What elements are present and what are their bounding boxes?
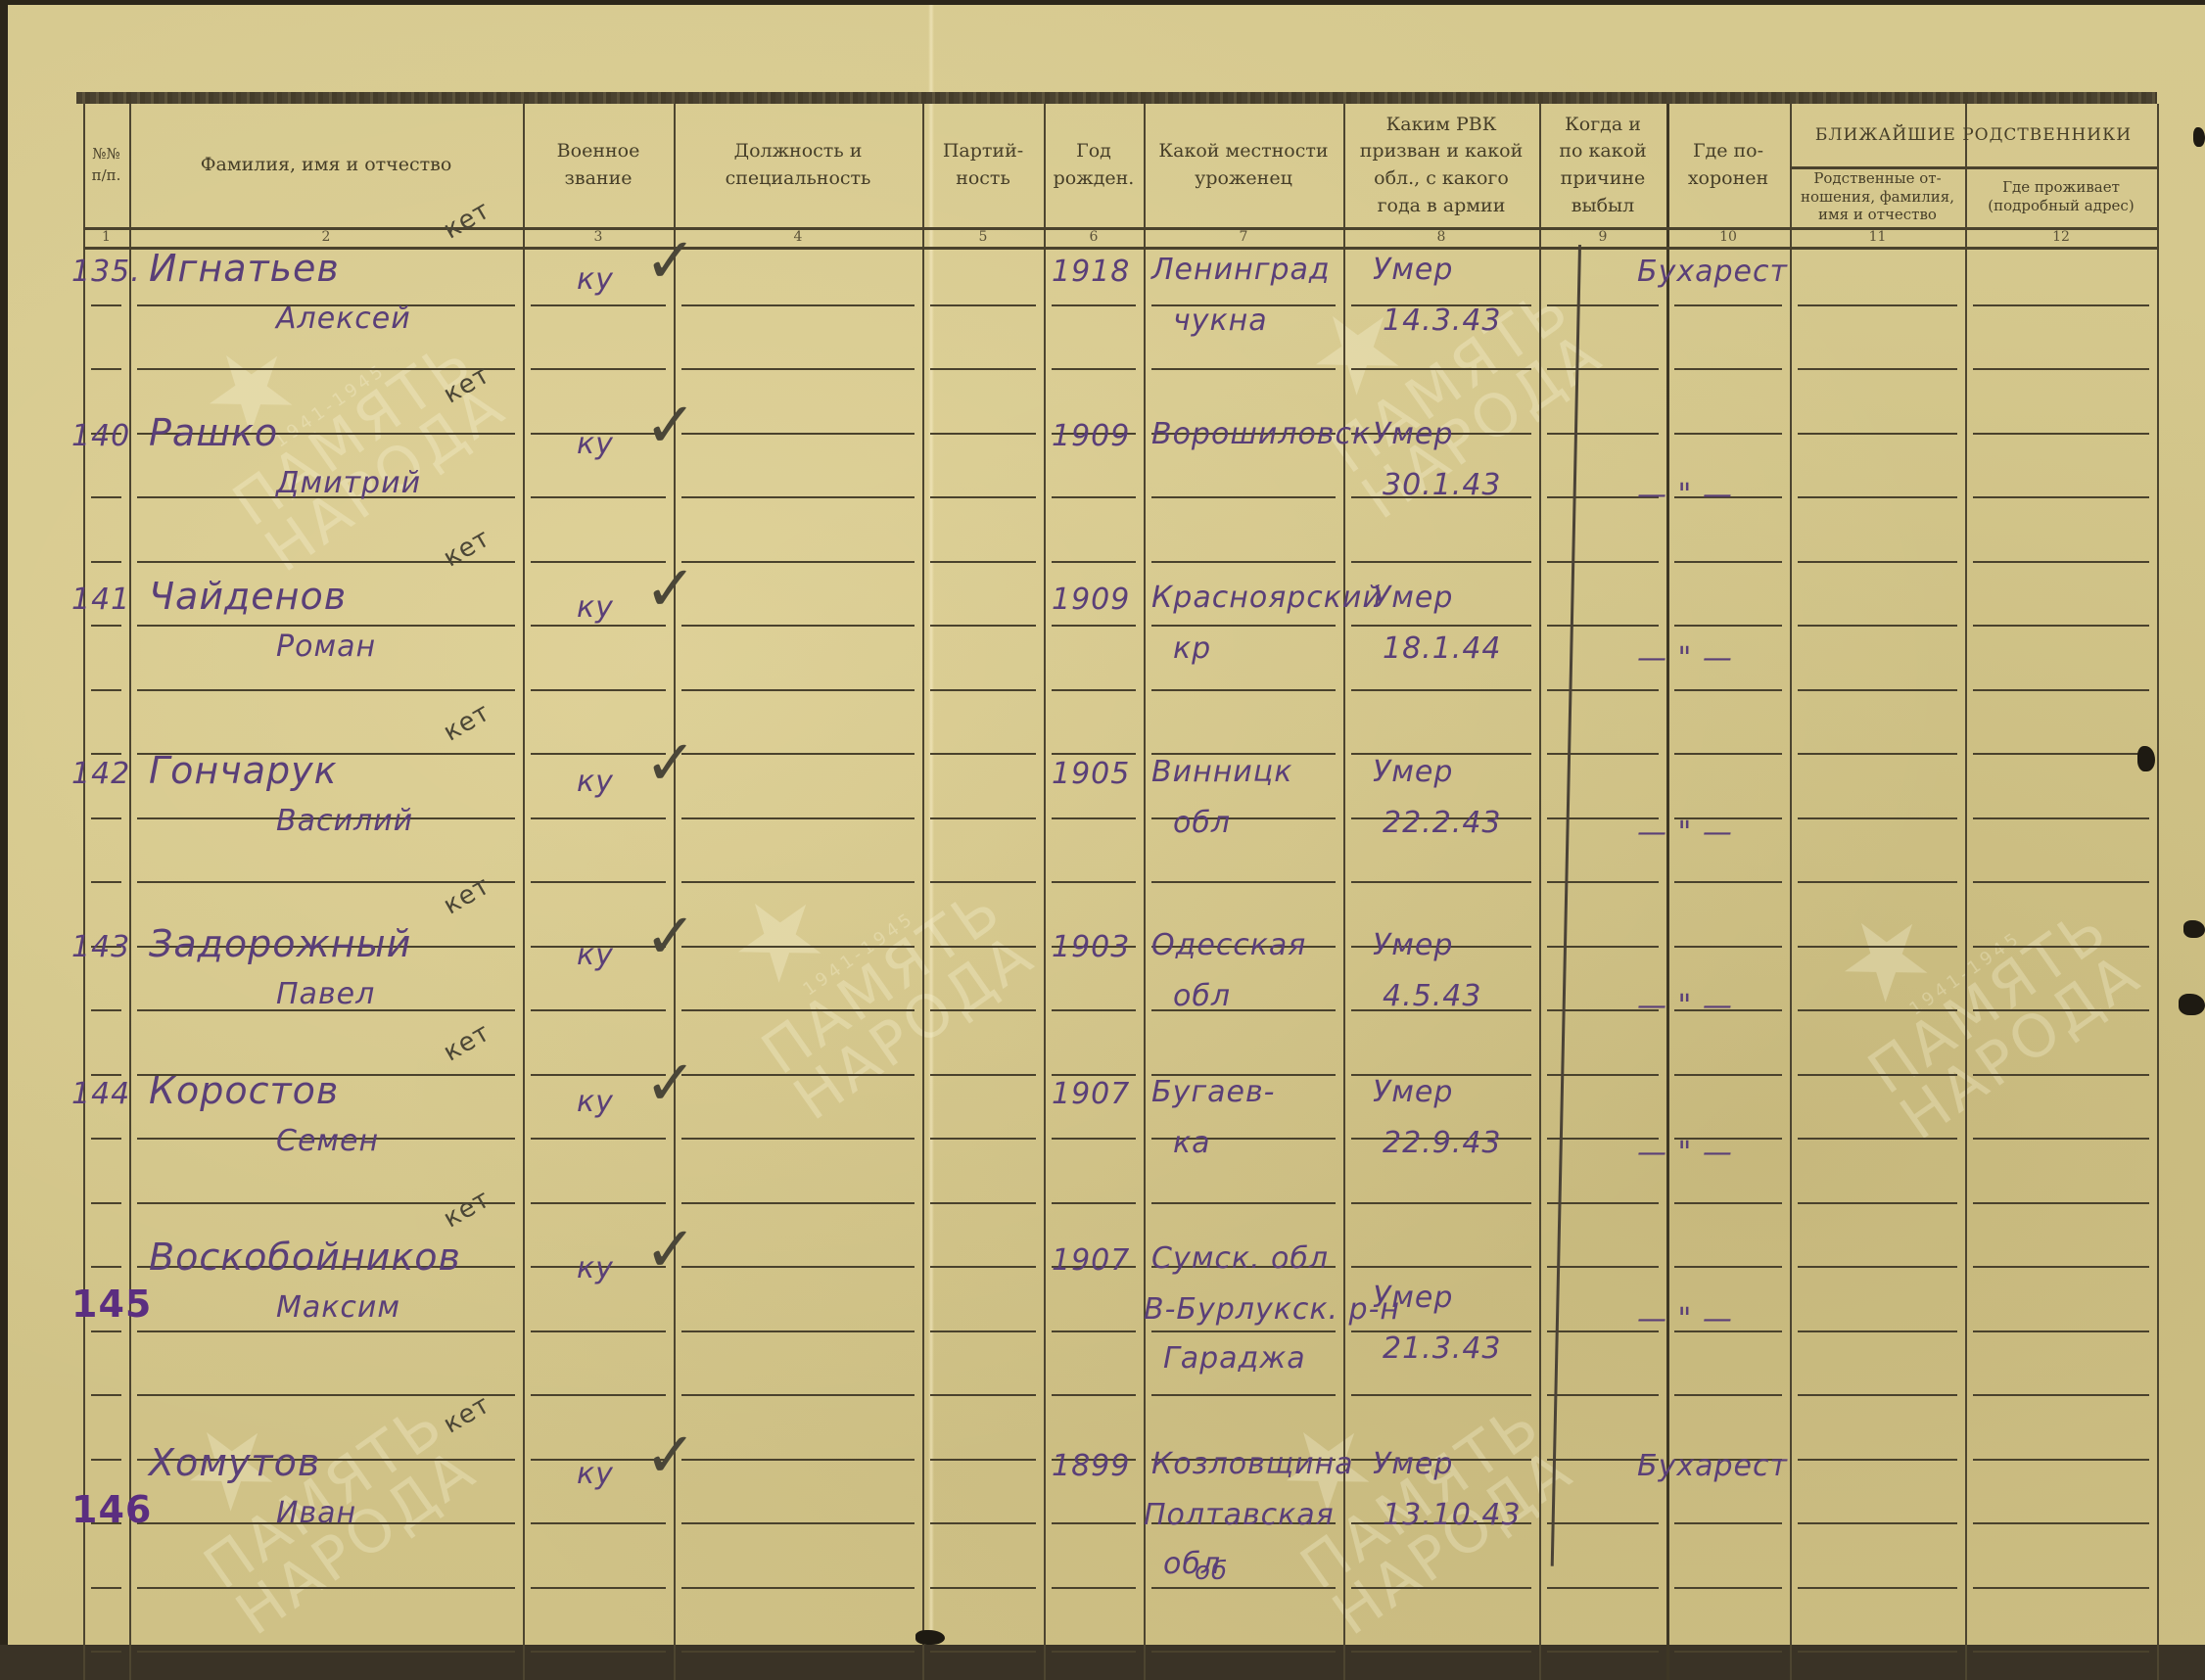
ruled-line [1798, 1138, 1957, 1140]
first-name: Василий [276, 804, 413, 838]
death-date: 21.3.43 [1383, 1331, 1502, 1366]
ruled-line [91, 561, 121, 563]
ruled-line [1798, 433, 1957, 435]
ruled-line [91, 881, 121, 883]
ruled-line [930, 1009, 1036, 1011]
ruled-line [1973, 368, 2149, 370]
ruled-line [1052, 1074, 1136, 1076]
ruled-line [1973, 946, 2149, 948]
column-header-11: Родственные от- ношения, фамилия, имя и … [1790, 166, 1965, 227]
ruled-line [930, 689, 1036, 691]
birth-year: 1909 [1052, 583, 1130, 617]
ruled-line [1674, 946, 1782, 948]
register-page: ★ 1941-1945 ПАМЯТЬ НАРОДА ★ ПАМЯТЬ НАРОД… [0, 0, 2205, 1645]
ruled-line [1973, 1202, 2149, 1204]
ruled-line [1798, 817, 1957, 819]
ruled-line [1798, 368, 1957, 370]
ruled-line [531, 1330, 666, 1332]
ruled-line [1973, 1138, 2149, 1140]
death-note: Умер [1373, 417, 1453, 451]
ruled-line [1547, 1522, 1659, 1524]
ruled-line [681, 1202, 915, 1204]
check-mark-icon: ✓ [644, 1219, 697, 1282]
ruled-line [1798, 561, 1957, 563]
watermark: ★ 1941-1945 ПАМЯТЬ НАРОДА [685, 782, 1044, 1129]
ruled-line [1547, 304, 1659, 306]
birth-year: 1907 [1052, 1243, 1130, 1278]
burial-place: Бухарест [1637, 255, 1788, 289]
ruled-line [1798, 946, 1957, 948]
ruled-line [1674, 1522, 1782, 1524]
column-rule [1965, 104, 1967, 1645]
ruled-line [930, 1138, 1036, 1140]
surname: Задорожный [149, 922, 411, 965]
ruled-line [137, 1587, 515, 1589]
ruled-line [1052, 1587, 1136, 1589]
column-number: 5 [963, 229, 1003, 245]
ruled-line [91, 1459, 121, 1461]
ruled-line [1052, 689, 1136, 691]
death-note: Умер [1373, 1075, 1453, 1109]
death-note: Умер [1373, 253, 1453, 287]
birthplace-line1: Одесская [1151, 928, 1306, 962]
ruled-line [91, 1138, 121, 1140]
ruled-line [1798, 753, 1957, 755]
ruled-line [1798, 689, 1957, 691]
row-number: 146 [71, 1488, 152, 1531]
ruled-line [531, 496, 666, 498]
ruled-line [91, 817, 121, 819]
ruled-line [1973, 689, 2149, 691]
birthplace-line1: Винницк [1151, 755, 1292, 789]
column-rule [1539, 104, 1541, 1645]
death-date: 22.2.43 [1383, 806, 1502, 840]
column-header-7: Какой местности уроженец [1144, 104, 1343, 227]
ruled-line [930, 946, 1036, 948]
ruled-line [1052, 1522, 1136, 1524]
ruled-line [930, 1587, 1036, 1589]
ruled-line [1547, 1394, 1659, 1396]
column-number: 11 [1858, 229, 1898, 245]
birthplace-line1: Ленинград [1151, 253, 1331, 287]
military-rank: ку [577, 938, 614, 972]
birthplace-line1: Бугаев- [1151, 1075, 1275, 1109]
birthplace-line1: Вороши­ловск [1151, 417, 1371, 451]
column-number: 10 [1709, 229, 1748, 245]
ruled-line [91, 304, 121, 306]
birthplace-line1: Красноярский [1151, 581, 1383, 615]
row-number: 144 [71, 1077, 130, 1111]
ruled-line [531, 689, 666, 691]
ruled-line [1151, 1587, 1336, 1589]
ruled-line [1351, 1266, 1531, 1268]
column-number: 9 [1583, 229, 1622, 245]
surname: Игнатьев [149, 247, 340, 290]
ruled-line [91, 753, 121, 755]
paper-damage [2179, 994, 2205, 1015]
ruled-line [1151, 1202, 1336, 1204]
ruled-line [1674, 1266, 1782, 1268]
column-header-5: Партий- ность [922, 104, 1044, 227]
ruled-line [1351, 1394, 1531, 1396]
military-rank: ку [577, 1251, 614, 1285]
ruled-line [681, 1266, 915, 1268]
column-number: 1 [87, 229, 126, 245]
ruled-line [930, 625, 1036, 627]
ruled-line [1547, 433, 1659, 435]
handwritten-note: об [1195, 1557, 1228, 1586]
ruled-line [930, 1394, 1036, 1396]
check-mark-icon: ✓ [644, 395, 697, 457]
ruled-line [1052, 1330, 1136, 1332]
birth-year: 1918 [1052, 255, 1130, 289]
ruled-line [1973, 433, 2149, 435]
ruled-line [1151, 496, 1336, 498]
birthplace-line2: ка [1173, 1126, 1211, 1160]
ruled-line [1547, 368, 1659, 370]
ruled-line [681, 1074, 915, 1076]
ruled-line [930, 881, 1036, 883]
birthplace-line2: обл [1173, 806, 1231, 840]
ruled-line [531, 1202, 666, 1204]
ruled-line [1973, 304, 2149, 306]
ruled-line [1052, 817, 1136, 819]
check-mark-icon: ✓ [644, 906, 697, 968]
check-mark-icon: ✓ [644, 230, 697, 293]
ruled-line [1547, 625, 1659, 627]
burial-place: Бухарест [1637, 1449, 1788, 1483]
ruled-line [1052, 1009, 1136, 1011]
ruled-line [1052, 496, 1136, 498]
surname: Коростов [149, 1069, 339, 1112]
ruled-line [930, 1522, 1036, 1524]
ruled-line [531, 1009, 666, 1011]
column-rule [1343, 104, 1345, 1645]
ruled-line [1798, 1009, 1957, 1011]
column-rule [922, 104, 924, 1645]
burial-place: — " — [1637, 1136, 1733, 1170]
ruled-line [1674, 625, 1782, 627]
ruled-line [1798, 1394, 1957, 1396]
ruled-line [1798, 1587, 1957, 1589]
ruled-line [1674, 753, 1782, 755]
column-header-8: Каким РВК призван и какой обл., с какого… [1343, 104, 1539, 227]
paper-damage [2137, 746, 2155, 771]
military-rank: ку [577, 427, 614, 461]
pencil-note: кет [439, 524, 495, 574]
ruled-line [1798, 304, 1957, 306]
surname: Гончарук [149, 749, 338, 792]
row-number: 141 [71, 583, 130, 617]
column-number: 6 [1074, 229, 1113, 245]
header-rule [83, 247, 2157, 250]
column-number: 4 [778, 229, 818, 245]
pencil-note: кет [439, 1018, 495, 1068]
ruled-line [681, 753, 915, 755]
ruled-line [137, 625, 515, 627]
ruled-line [1798, 1459, 1957, 1461]
birthplace-line3: Гараджа [1163, 1341, 1306, 1376]
ruled-line [1973, 1266, 2149, 1268]
ruled-line [930, 1330, 1036, 1332]
column-rule [83, 104, 85, 1645]
ruled-line [1547, 753, 1659, 755]
ruled-line [1674, 433, 1782, 435]
surname: Воскобойников [149, 1236, 461, 1279]
ruled-line [531, 1522, 666, 1524]
ruled-line [1973, 1587, 2149, 1589]
ruled-line [1973, 625, 2149, 627]
ruled-line [1674, 1394, 1782, 1396]
military-rank: ку [577, 262, 614, 297]
ruled-line [137, 689, 515, 691]
ruled-line [91, 1587, 121, 1589]
birthplace-line2: Полтавская [1144, 1498, 1335, 1532]
death-note: Умер [1373, 928, 1453, 962]
ruled-line [137, 1330, 515, 1332]
check-mark-icon: ✓ [644, 558, 697, 621]
birth-year: 1905 [1052, 757, 1130, 791]
surname: Хомутов [149, 1441, 320, 1484]
ruled-line [1973, 1394, 2149, 1396]
ruled-line [1351, 368, 1531, 370]
death-date: 4.5.43 [1383, 979, 1481, 1013]
check-mark-icon: ✓ [644, 1052, 697, 1115]
ruled-line [91, 368, 121, 370]
ruled-line [681, 1138, 915, 1140]
column-header-3: Военное звание [523, 104, 674, 227]
military-rank: ку [577, 765, 614, 799]
ruled-line [1674, 689, 1782, 691]
row-number: 145 [71, 1283, 152, 1326]
ruled-line [1674, 881, 1782, 883]
ruled-line [1052, 625, 1136, 627]
birthplace-line1: Козловщина [1151, 1447, 1354, 1481]
ruled-line [681, 1009, 915, 1011]
ruled-line [531, 1394, 666, 1396]
ruled-line [1798, 881, 1957, 883]
ruled-line [1973, 753, 2149, 755]
pen-stroke [1551, 245, 1581, 1566]
column-rule [1144, 104, 1146, 1645]
birth-year: 1907 [1052, 1077, 1130, 1111]
ruled-line [930, 368, 1036, 370]
ruled-line [1973, 1330, 2149, 1332]
ruled-line [1973, 1522, 2149, 1524]
death-note: Умер [1373, 1281, 1453, 1315]
ruled-line [1674, 1074, 1782, 1076]
group-header-relatives: БЛИЖАЙШИЕ РОДСТВЕННИКИ [1790, 104, 2157, 166]
ruled-line [930, 1459, 1036, 1461]
ruled-line [930, 304, 1036, 306]
ruled-line [1973, 1459, 2149, 1461]
ruled-line [1547, 881, 1659, 883]
ruled-line [1674, 368, 1782, 370]
death-note: Умер [1373, 581, 1453, 615]
birthplace-line1: Сумск. обл [1151, 1241, 1329, 1276]
ruled-line [91, 1394, 121, 1396]
ruled-line [930, 1202, 1036, 1204]
ruled-line [1052, 561, 1136, 563]
ruled-line [1151, 689, 1336, 691]
ruled-line [91, 689, 121, 691]
ruled-line [681, 368, 915, 370]
ruled-line [1052, 1138, 1136, 1140]
ruled-line [681, 561, 915, 563]
burial-place: — " — [1637, 816, 1733, 850]
ruled-line [930, 1074, 1036, 1076]
column-header-6: Год рожден. [1044, 104, 1144, 227]
ruled-line [930, 561, 1036, 563]
military-rank: ку [577, 590, 614, 625]
watermark: ★ 1941-1945 ПАМЯТЬ НАРОДА [1792, 802, 2150, 1148]
first-name: Семен [276, 1124, 379, 1158]
pencil-note: кет [439, 698, 495, 748]
ruled-line [91, 1202, 121, 1204]
ruled-line [91, 1009, 121, 1011]
ruled-line [681, 304, 915, 306]
ruled-line [681, 689, 915, 691]
death-date: 22.9.43 [1383, 1126, 1502, 1160]
death-date: 13.10.43 [1383, 1498, 1522, 1532]
column-header-1: №№ п/п. [83, 104, 129, 227]
birth-year: 1903 [1052, 930, 1130, 964]
death-note: Умер [1373, 1447, 1453, 1481]
ruled-line [1351, 881, 1531, 883]
ruled-line [930, 433, 1036, 435]
column-rule [1790, 104, 1792, 1645]
ruled-line [1151, 881, 1336, 883]
first-name: Роман [276, 630, 376, 664]
column-header-9: Когда и по какой причине выбыл [1539, 104, 1666, 227]
ruled-line [1798, 1330, 1957, 1332]
check-mark-icon: ✓ [644, 1424, 697, 1487]
burial-place: — " — [1637, 1302, 1733, 1336]
ruled-line [531, 304, 666, 306]
ruled-line [531, 1587, 666, 1589]
pencil-note: кет [439, 871, 495, 921]
pencil-note: кет [439, 1390, 495, 1440]
column-header-12: Где проживает (подробный адрес) [1965, 166, 2157, 227]
ruled-line [1151, 368, 1336, 370]
column-number: 2 [306, 229, 346, 245]
row-number: 143 [71, 930, 130, 964]
burial-place: — " — [1637, 989, 1733, 1023]
paper-damage [2193, 127, 2205, 147]
ruled-line [1547, 561, 1659, 563]
ruled-line [1973, 496, 2149, 498]
ruled-line [1052, 368, 1136, 370]
column-header-10: Где по- хоронен [1666, 104, 1790, 227]
death-note: Умер [1373, 755, 1453, 789]
row-number: 140 [71, 419, 130, 453]
ruled-line [1973, 817, 2149, 819]
ruled-line [1547, 1266, 1659, 1268]
ruled-line [1674, 561, 1782, 563]
ruled-line [681, 1394, 915, 1396]
ruled-line [930, 1266, 1036, 1268]
ruled-line [1151, 1330, 1336, 1332]
ruled-line [1973, 1009, 2149, 1011]
paper-damage [915, 1630, 945, 1645]
first-name: Дмитрий [276, 466, 421, 500]
first-name: Павел [276, 977, 375, 1011]
column-number: 3 [579, 229, 618, 245]
burial-place: — " — [1637, 478, 1733, 512]
surname: Рашко [149, 411, 278, 454]
ruled-line [681, 881, 915, 883]
ruled-line [681, 1587, 915, 1589]
column-rule [129, 104, 131, 1645]
ruled-line [1547, 1587, 1659, 1589]
ruled-line [1151, 561, 1336, 563]
burial-place: — " — [1637, 641, 1733, 676]
top-rule [76, 92, 2157, 104]
birthplace-line2: В-Бурлукск. р-н [1144, 1292, 1400, 1327]
row-number: 135. [71, 255, 141, 289]
birthplace-line2: кр [1173, 631, 1211, 666]
column-header-4: Должность и специальность [674, 104, 922, 227]
ruled-line [681, 1459, 915, 1461]
ruled-line [1052, 881, 1136, 883]
ruled-line [1052, 1394, 1136, 1396]
ruled-line [1798, 1202, 1957, 1204]
ruled-line [91, 1074, 121, 1076]
ruled-line [1798, 1074, 1957, 1076]
ruled-line [681, 946, 915, 948]
ruled-line [1547, 689, 1659, 691]
column-rule [2157, 104, 2159, 1645]
ruled-line [930, 817, 1036, 819]
birth-year: 1909 [1052, 419, 1130, 453]
row-number: 142 [71, 757, 130, 791]
column-number: 8 [1422, 229, 1461, 245]
check-mark-icon: ✓ [644, 732, 697, 795]
column-number: 12 [2041, 229, 2081, 245]
ruled-line [1798, 1522, 1957, 1524]
ruled-line [91, 1330, 121, 1332]
column-rule [674, 104, 676, 1645]
ruled-line [1151, 625, 1336, 627]
first-name: Иван [276, 1496, 356, 1530]
ruled-line [1151, 1394, 1336, 1396]
ruled-line [1973, 1074, 2149, 1076]
ruled-line [681, 1330, 915, 1332]
ruled-line [531, 817, 666, 819]
ruled-line [1351, 1587, 1531, 1589]
ruled-line [681, 1522, 915, 1524]
ruled-line [1351, 689, 1531, 691]
birthplace-line2: чукна [1173, 303, 1268, 338]
birth-year: 1899 [1052, 1449, 1130, 1483]
ruled-line [137, 1394, 515, 1396]
column-rule [1044, 104, 1046, 1645]
death-date: 30.1.43 [1383, 468, 1502, 502]
ruled-line [531, 1138, 666, 1140]
surname: Чайденов [149, 575, 347, 618]
ruled-line [1674, 1202, 1782, 1204]
ruled-line [531, 881, 666, 883]
ruled-line [1052, 1202, 1136, 1204]
pencil-note: кет [439, 1185, 495, 1235]
military-rank: ку [577, 1457, 614, 1491]
ruled-line [1798, 1266, 1957, 1268]
ruled-line [91, 496, 121, 498]
ruled-line [1351, 561, 1531, 563]
ruled-line [91, 625, 121, 627]
header-rule [83, 227, 2157, 230]
star-icon: ★ [1816, 802, 2077, 1027]
